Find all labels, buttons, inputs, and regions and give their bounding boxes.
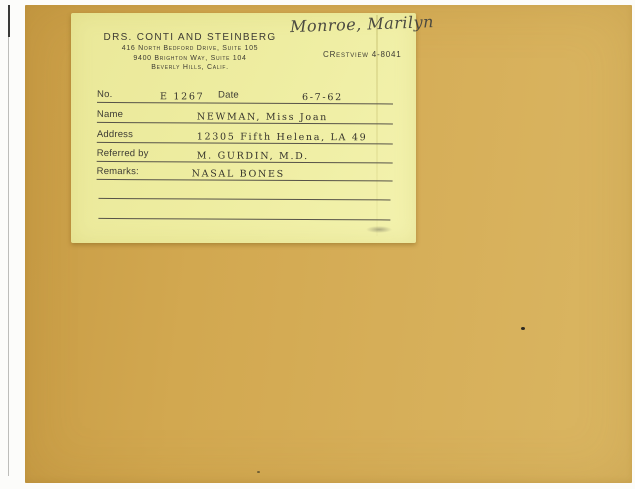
name-field-value: NEWMAN, Miss Joan [197,111,328,123]
referred-by-field-label: Referred by [97,148,149,159]
scanner-edge-mark [8,5,10,37]
blank-ruled-line [98,218,390,221]
remarks-field-value: NASAL BONES [192,168,285,179]
remarks-field-label: Remarks: [97,166,139,177]
referred-by-field-value: M. GURDIN, M.D. [197,150,309,162]
form-rows: No. E 1267 Date 6-7-62 Name NEWMAN, Miss… [70,13,416,245]
scanned-envelope: Monroe, Marilyn DRS. CONTI AND STEINBERG… [0,0,635,489]
no-field-label: No. [97,89,112,100]
form-row-address: Address 12305 Fifth Helena, LA 49 [97,126,393,145]
date-field-label: Date [218,90,239,101]
ink-speck [257,471,260,473]
blank-ruled-line [98,198,390,201]
form-row-remarks: Remarks: NASAL BONES [97,163,393,182]
no-field-value: E 1267 [160,91,204,102]
address-field-value: 12305 Fifth Helena, LA 49 [197,131,368,143]
scanner-edge-line [8,6,9,476]
form-row-referred-by: Referred by M. GURDIN, M.D. [97,145,393,164]
form-row-name: Name NEWMAN, Miss Joan [97,106,393,125]
address-field-label: Address [97,129,133,140]
name-field-label: Name [97,109,123,120]
ink-speck [521,327,525,330]
form-row-no-date: No. E 1267 Date 6-7-62 [97,86,393,105]
manila-envelope: Monroe, Marilyn DRS. CONTI AND STEINBERG… [25,5,632,483]
patient-label: Monroe, Marilyn DRS. CONTI AND STEINBERG… [71,13,416,243]
date-field-value: 6-7-62 [302,92,343,103]
